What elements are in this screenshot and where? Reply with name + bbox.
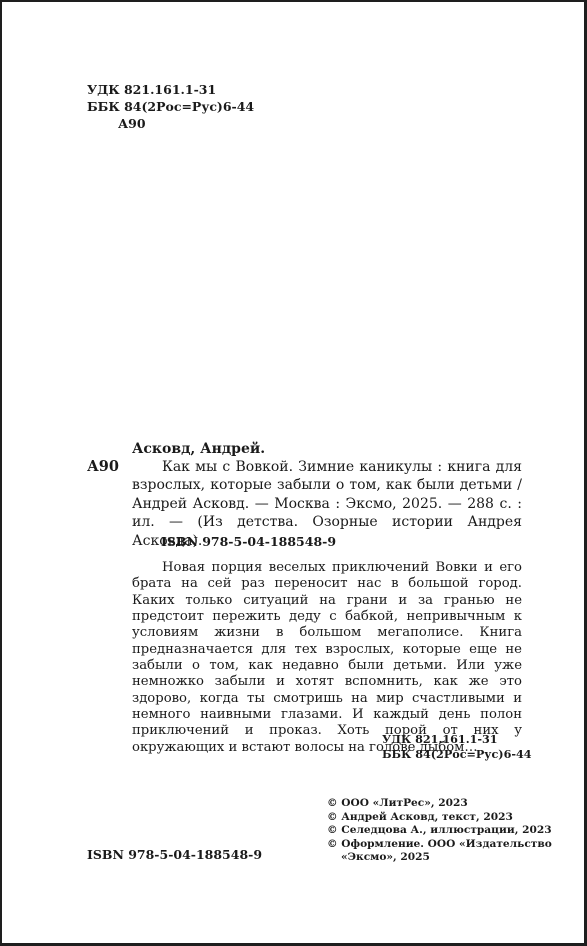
entry-author-mark: А90 bbox=[87, 458, 119, 476]
copyright-block: © ООО «ЛитРес», 2023 © Андрей Асковд, те… bbox=[327, 797, 527, 865]
annotation-text: Новая порция веселых приключений Вовки и… bbox=[132, 560, 522, 756]
copyright-line: © ООО «ЛитРес», 2023 bbox=[327, 797, 527, 811]
top-classification-block: УДК 821.161.1-31 ББК 84(2Рос=Рус)6-44 А9… bbox=[87, 81, 254, 132]
book-imprint-page: УДК 821.161.1-31 ББК 84(2Рос=Рус)6-44 А9… bbox=[2, 2, 584, 943]
bottom-bbk-code: ББК 84(2Рос=Рус)6-44 bbox=[382, 747, 532, 762]
bottom-classification-block: УДК 821.161.1-31 ББК 84(2Рос=Рус)6-44 bbox=[382, 732, 532, 761]
copyright-line: © Оформление. ООО «Издательство bbox=[327, 838, 527, 852]
udk-code: УДК 821.161.1-31 bbox=[87, 81, 254, 98]
copyright-line: © Селедцова А., иллюстрации, 2023 bbox=[327, 824, 527, 838]
bottom-udk-code: УДК 821.161.1-31 bbox=[382, 732, 532, 747]
copyright-line: © Андрей Асковд, текст, 2023 bbox=[327, 811, 527, 825]
bottom-isbn: ISBN 978-5-04-188548-9 bbox=[87, 847, 262, 863]
author-mark: А90 bbox=[87, 115, 254, 132]
entry-isbn: ISBN 978-5-04-188548-9 bbox=[161, 534, 336, 550]
entry-author: Асковд, Андрей. bbox=[132, 440, 265, 458]
copyright-line: «Эксмо», 2025 bbox=[327, 851, 527, 865]
bbk-code: ББК 84(2Рос=Рус)6-44 bbox=[87, 98, 254, 115]
annotation: Новая порция веселых приключений Вовки и… bbox=[132, 560, 522, 756]
